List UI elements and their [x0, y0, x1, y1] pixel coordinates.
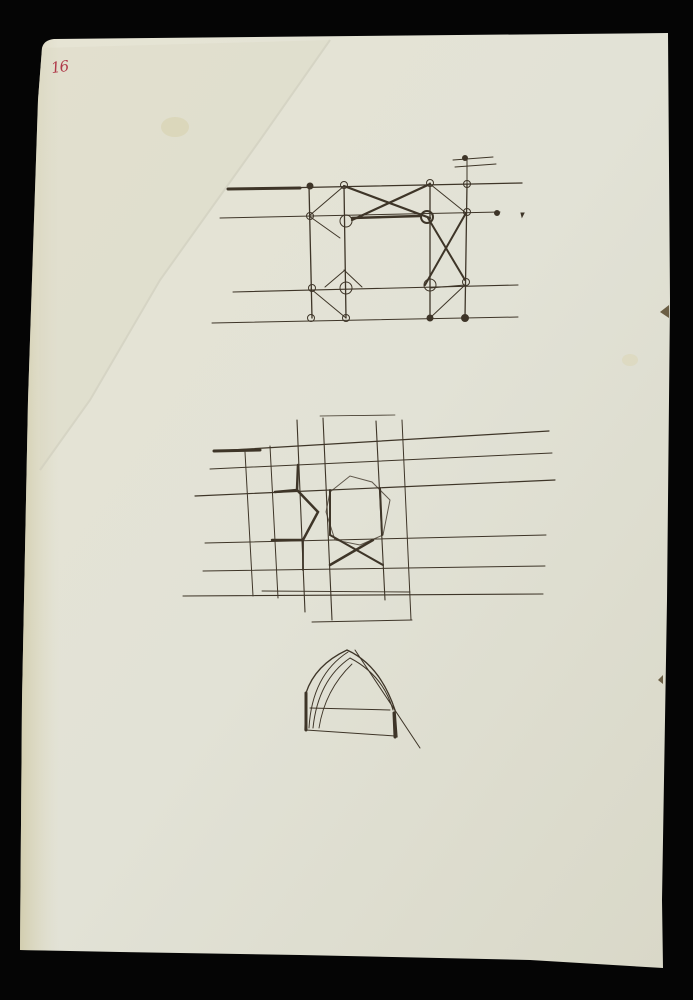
folio-number: 16 — [50, 57, 69, 77]
scanned-sheet — [0, 0, 693, 1000]
